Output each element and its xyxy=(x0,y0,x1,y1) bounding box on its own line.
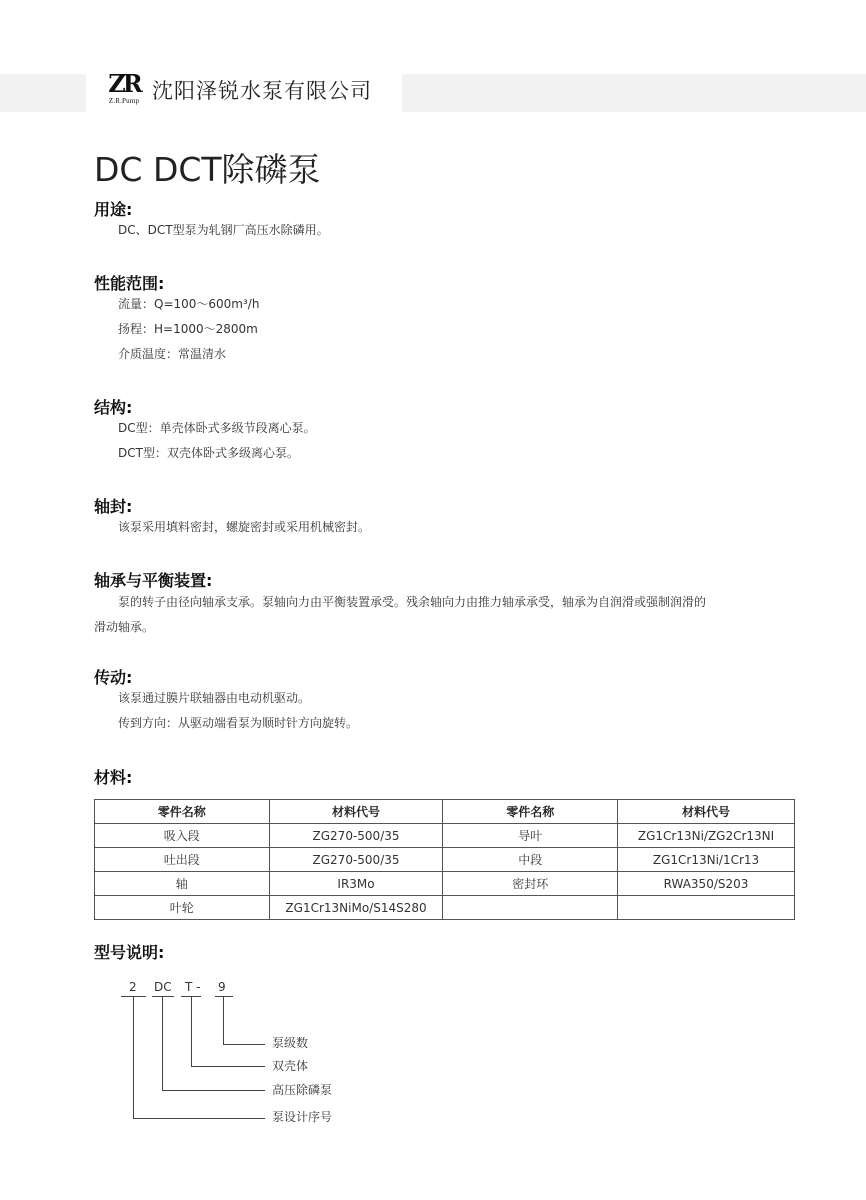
column-header: 材料代号 xyxy=(618,800,795,824)
section-heading-usage: 用途: xyxy=(94,200,132,220)
table-cell: ZG1Cr13Ni/1Cr13 xyxy=(618,848,795,872)
section-heading-materials: 材料: xyxy=(94,768,132,788)
table-cell: 叶轮 xyxy=(95,896,270,920)
section-heading-model: 型号说明: xyxy=(94,943,164,963)
materials-table: 零件名称 材料代号 零件名称 材料代号 吸入段 ZG270-500/35 导叶 … xyxy=(94,799,795,920)
table-cell: 中段 xyxy=(443,848,618,872)
model-label-type: 高压除磷泵 xyxy=(272,1083,332,1097)
model-code-type: DC xyxy=(154,980,172,994)
table-cell: RWA350/S203 xyxy=(618,872,795,896)
table-cell: 吐出段 xyxy=(95,848,270,872)
model-label-series: 泵设计序号 xyxy=(272,1110,332,1124)
table-cell xyxy=(443,896,618,920)
table-row: 轴 IR3Mo 密封环 RWA350/S203 xyxy=(95,872,795,896)
connector xyxy=(191,996,192,1066)
column-header: 零件名称 xyxy=(443,800,618,824)
header-bar-right xyxy=(402,74,866,112)
underline xyxy=(152,996,174,997)
table-cell: 轴 xyxy=(95,872,270,896)
company-name: 沈阳泽锐水泵有限公司 xyxy=(152,77,372,105)
bearing-line-2: 滑动轴承。 xyxy=(94,619,154,635)
shaft-seal-line: 该泵采用填料密封，螺旋密封或采用机械密封。 xyxy=(118,519,370,535)
performance-head: 扬程：H=1000～2800m xyxy=(118,321,258,337)
connector xyxy=(162,1090,265,1091)
usage-line: DC、DCT型泵为轧钢厂高压水除磷用。 xyxy=(118,222,329,238)
page-title: DC DCT除磷泵 xyxy=(94,150,321,190)
connector xyxy=(162,996,163,1090)
model-code-stages: 9 xyxy=(218,980,226,994)
header-bar-left xyxy=(0,74,86,112)
structure-dc: DC型：单壳体卧式多级节段离心泵。 xyxy=(118,420,316,436)
underline xyxy=(215,996,233,997)
table-row: 吸入段 ZG270-500/35 导叶 ZG1Cr13Ni/ZG2Cr13NI xyxy=(95,824,795,848)
model-code-series: 2 xyxy=(129,980,137,994)
table-cell: ZG1Cr13Ni/ZG2Cr13NI xyxy=(618,824,795,848)
section-heading-shaft-seal: 轴封: xyxy=(94,497,132,517)
performance-medium: 介质温度：常温清水 xyxy=(118,346,226,362)
table-cell: 吸入段 xyxy=(95,824,270,848)
table-cell: ZG270-500/35 xyxy=(269,848,443,872)
connector xyxy=(223,1044,265,1045)
table-cell: ZG1Cr13NiMo/S14S280 xyxy=(269,896,443,920)
section-heading-performance: 性能范围: xyxy=(94,274,164,294)
table-cell: 导叶 xyxy=(443,824,618,848)
table-cell: IR3Mo xyxy=(269,872,443,896)
connector xyxy=(133,996,134,1118)
table-row: 吐出段 ZG270-500/35 中段 ZG1Cr13Ni/1Cr13 xyxy=(95,848,795,872)
column-header: 零件名称 xyxy=(95,800,270,824)
bearing-line-1: 泵的转子由径向轴承支承。泵轴向力由平衡装置承受。残余轴向力由推力轴承承受，轴承为… xyxy=(118,594,706,610)
logo-subtext: Z.R.Pump xyxy=(104,97,144,106)
performance-flow: 流量：Q=100～600m³/h xyxy=(118,296,259,312)
table-row: 叶轮 ZG1Cr13NiMo/S14S280 xyxy=(95,896,795,920)
company-logo: ZR Z.R.Pump xyxy=(104,72,144,112)
section-heading-structure: 结构: xyxy=(94,398,132,418)
section-heading-bearing: 轴承与平衡装置: xyxy=(94,571,212,591)
connector xyxy=(133,1118,265,1119)
section-heading-drive: 传动: xyxy=(94,668,132,688)
model-code-shell: T - xyxy=(185,980,200,994)
table-cell: 密封环 xyxy=(443,872,618,896)
connector xyxy=(191,1066,265,1067)
connector xyxy=(223,996,224,1044)
drive-line-1: 该泵通过膜片联轴器由电动机驱动。 xyxy=(118,690,310,706)
model-label-stages: 泵级数 xyxy=(272,1036,308,1050)
table-header-row: 零件名称 材料代号 零件名称 材料代号 xyxy=(95,800,795,824)
table-cell: ZG270-500/35 xyxy=(269,824,443,848)
structure-dct: DCT型：双壳体卧式多级离心泵。 xyxy=(118,445,299,461)
model-label-shell: 双壳体 xyxy=(272,1059,308,1073)
drive-line-2: 传到方向：从驱动端看泵为顺时针方向旋转。 xyxy=(118,715,358,731)
logo-mark: ZR xyxy=(104,72,144,96)
column-header: 材料代号 xyxy=(269,800,443,824)
table-cell xyxy=(618,896,795,920)
